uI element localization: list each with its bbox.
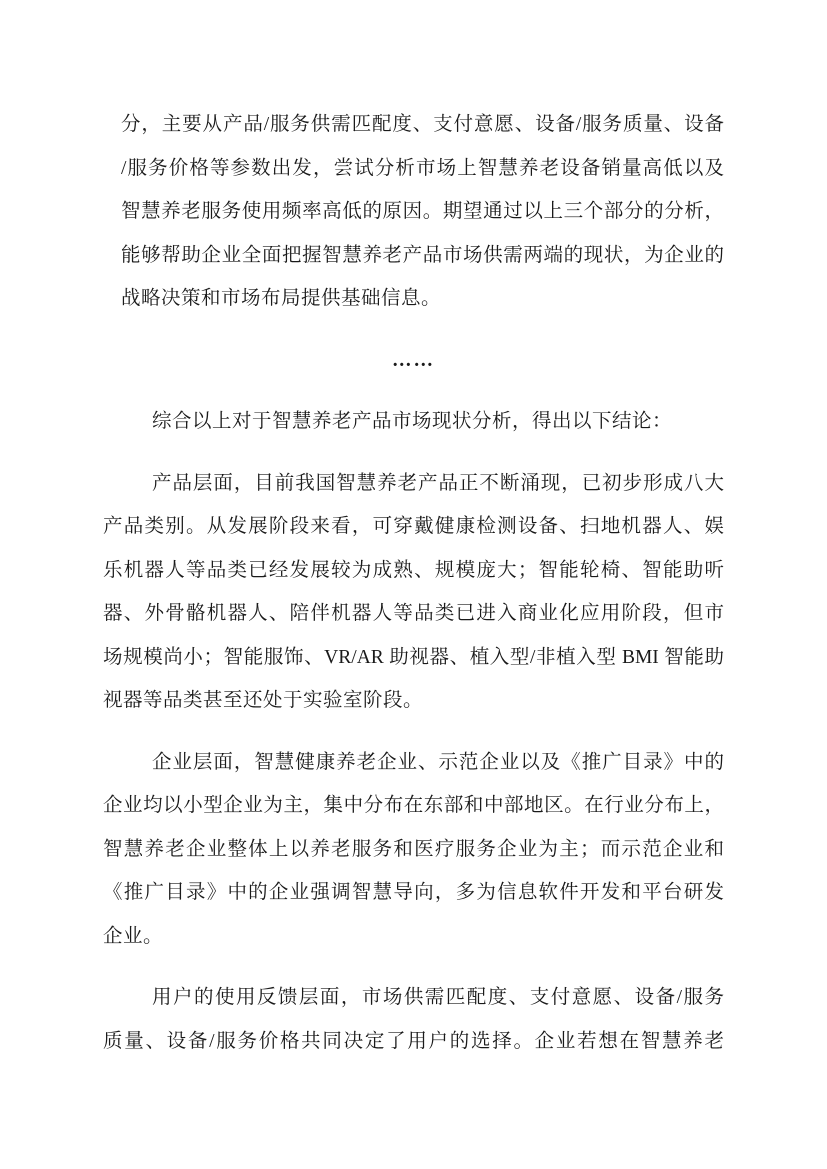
text-line: 分，主要从产品/服务供需匹配度、支付意愿、设备/服务质量、设备 [121,103,724,147]
text-line: 器、外骨骼机器人、陪伴机器人等品类已进入商业化应用阶段，但市 [103,592,724,636]
text-line: 场规模尚小；智能服饰、VR/AR 助视器、植入型/非植入型 BMI 智能助 [103,636,724,680]
paragraph-product-level: 产品层面，目前我国智慧养老产品正不断涌现，已初步形成八大产品类别。从发展阶段来看… [103,462,724,723]
text-line: 《推广目录》中的企业强调智慧导向，多为信息软件开发和平台研发 [103,871,724,915]
text-line: 企业均以小型企业为主，集中分布在东部和中部地区。在行业分布上， [103,784,724,828]
paragraph-enterprise-level: 企业层面，智慧健康养老企业、示范企业以及《推广目录》中的企业均以小型企业为主，集… [103,741,724,959]
text-line: 能够帮助企业全面把握智慧养老产品市场供需两端的现状，为企业的 [121,234,724,278]
text-line: 综合以上对于智慧养老产品市场现状分析，得出以下结论： [103,400,724,444]
text-line: 产品层面，目前我国智慧养老产品正不断涌现，已初步形成八大 [103,462,724,506]
paragraph-continuation: 分，主要从产品/服务供需匹配度、支付意愿、设备/服务质量、设备/服务价格等参数出… [121,103,724,321]
paragraph-user-feedback-level: 用户的使用反馈层面，市场供需匹配度、支付意愿、设备/服务质量、设备/服务价格共同… [103,976,724,1063]
text-line: 战略决策和市场布局提供基础信息。 [121,277,724,321]
text-line: /服务价格等参数出发，尝试分析市场上智慧养老设备销量高低以及 [121,147,724,191]
document-page: 分，主要从产品/服务供需匹配度、支付意愿、设备/服务质量、设备/服务价格等参数出… [0,0,827,1169]
text-line: 乐机器人等品类已经发展较为成熟、规模庞大；智能轮椅、智能助听 [103,549,724,593]
text-line: 质量、设备/服务价格共同决定了用户的选择。企业若想在智慧养老 [103,1020,724,1064]
text-line: 视器等品类甚至还处于实验室阶段。 [103,679,724,723]
paragraph-ellipsis: …… [103,339,724,383]
text-line: 智慧养老企业整体上以养老服务和医疗服务企业为主；而示范企业和 [103,828,724,872]
text-line: 智慧养老服务使用频率高低的原因。期望通过以上三个部分的分析， [121,190,724,234]
text-line: 用户的使用反馈层面，市场供需匹配度、支付意愿、设备/服务 [103,976,724,1020]
text-line: 企业层面，智慧健康养老企业、示范企业以及《推广目录》中的 [103,741,724,785]
paragraph-conclusion-intro: 综合以上对于智慧养老产品市场现状分析，得出以下结论： [103,400,724,444]
text-line: 产品类别。从发展阶段来看，可穿戴健康检测设备、扫地机器人、娱 [103,505,724,549]
text-line: 企业。 [103,915,724,959]
document-text-body: 分，主要从产品/服务供需匹配度、支付意愿、设备/服务质量、设备/服务价格等参数出… [103,103,724,1063]
text-line: …… [103,339,724,383]
